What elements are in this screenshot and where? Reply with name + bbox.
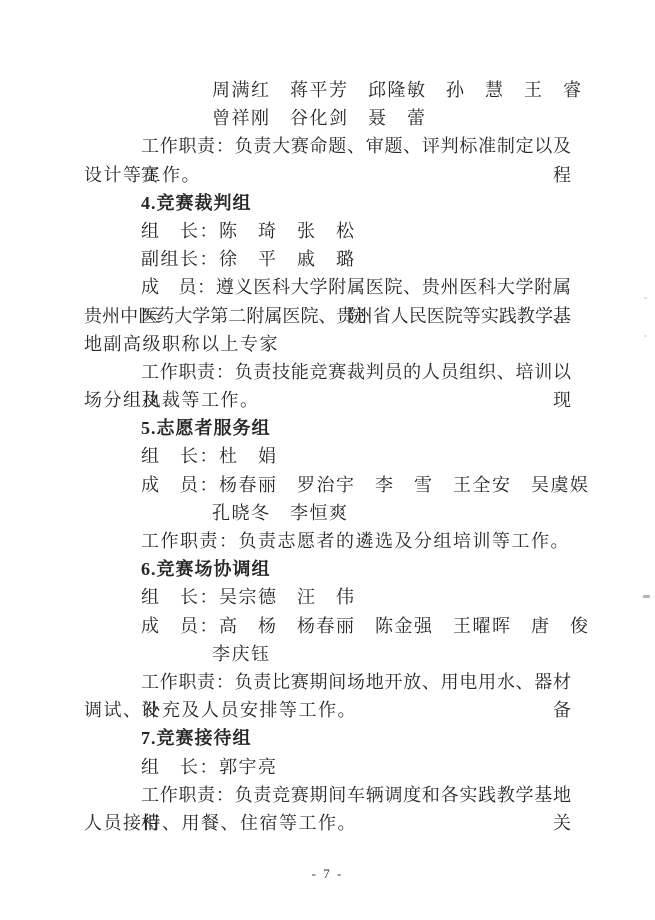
section-heading-volunteer-group: 5.志愿者服务组 (84, 414, 571, 442)
member-names-continuation-line: 周满红 蒋平芳 邱隆敏 孙 慧 王 睿 (84, 76, 571, 104)
scan-artifact-speck (643, 595, 650, 598)
group-leader-line: 组 长：吴宗德 汪 伟 (84, 583, 571, 611)
member-names-continuation-line: 李庆钰 (84, 640, 571, 668)
document-body: 周满红 蒋平芳 邱隆敏 孙 慧 王 睿 曾祥刚 谷化剑 聂 蕾 工作职责：负责大… (84, 76, 571, 837)
section-heading-venue-group: 6.竞赛场协调组 (84, 555, 571, 583)
duty-paragraph-line: 工作职责：负责比赛期间场地开放、用电用水、器材设备 (84, 668, 571, 696)
duty-paragraph-line: 工作职责：负责大赛命题、审题、评判标准制定以及赛程 (84, 132, 571, 160)
members-line: 成 员：杨春丽 罗治宇 李 雪 王全安 吴虞娱 (84, 471, 571, 499)
scan-artifact-speck (644, 335, 647, 337)
member-names-continuation-line: 孔晓冬 李恒爽 (84, 499, 571, 527)
duty-paragraph-line: 工作职责：负责技能竞赛裁判员的人员组织、培训以及现 (84, 358, 571, 386)
section-heading-reception-group: 7.竞赛接待组 (84, 724, 571, 752)
section-heading-judging-group: 4.竞赛裁判组 (84, 189, 571, 217)
duty-paragraph-line: 工作职责：负责志愿者的遴选及分组培训等工作。 (84, 527, 571, 555)
deputy-leader-line: 副组长：徐 平 戚 璐 (84, 245, 571, 273)
members-line: 贵州中医药大学第二附属医院、贵州省人民医院等实践教学基 (84, 302, 571, 330)
group-leader-line: 组 长：郭宇亮 (84, 753, 571, 781)
members-line: 地副高级职称以上专家 (84, 330, 571, 358)
members-line: 成 员：高 杨 杨春丽 陈金强 王曜晖 唐 俊 (84, 612, 571, 640)
group-leader-line: 组 长：陈 琦 张 松 (84, 217, 571, 245)
page-number: - 7 - (0, 866, 655, 882)
document-page: 周满红 蒋平芳 邱隆敏 孙 慧 王 睿 曾祥刚 谷化剑 聂 蕾 工作职责：负责大… (0, 0, 655, 920)
group-leader-line: 组 长：杜 娟 (84, 442, 571, 470)
members-line: 成 员：遵义医科大学附属医院、贵州医科大学附属医院、 (84, 273, 571, 301)
scan-artifact-speck (644, 297, 647, 299)
duty-paragraph-line: 工作职责：负责竞赛期间车辆调度和各实践教学基地相关 (84, 781, 571, 809)
member-names-continuation-line: 曾祥刚 谷化剑 聂 蕾 (84, 104, 571, 132)
